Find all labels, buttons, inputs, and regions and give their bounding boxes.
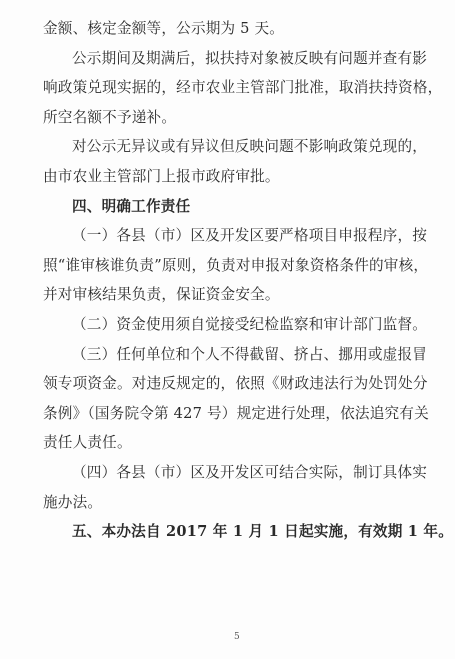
section-heading: 四、明确工作责任 — [43, 192, 429, 222]
text-line: 并对审核结果负责，保证资金安全。 — [43, 280, 429, 310]
text-line: 条例》（国务院令第 427 号）规定进行处理，依法追究有关 — [43, 399, 429, 429]
document-page: 金额、核定金额等，公示期为 5 天。 公示期间及期满后，拟扶持对象被反映有问题并… — [43, 14, 429, 547]
text-line: 公示期间及期满后，拟扶持对象被反映有问题并查有影 — [43, 44, 429, 74]
section-heading: 五、本办法自 2017 年 1 月 1 日起实施，有效期 1 年。 — [43, 517, 429, 547]
text-line: （一）各县（市）区及开发区要严格项目申报程序，按 — [43, 221, 429, 251]
text-line: 对公示无异议或有异议但反映问题不影响政策兑现的， — [43, 132, 429, 162]
text-line: （三）任何单位和个人不得截留、挤占、挪用或虚报冒 — [43, 340, 429, 370]
text-line: （四）各县（市）区及开发区可结合实际，制订具体实 — [43, 458, 429, 488]
page-number: 5 — [234, 632, 240, 642]
text-line: （二）资金使用须自觉接受纪检监察和审计部门监督。 — [43, 310, 429, 340]
text-line: 金额、核定金额等，公示期为 5 天。 — [43, 14, 429, 44]
text-line: 责任人责任。 — [43, 428, 429, 458]
text-line: 施办法。 — [43, 488, 429, 518]
text-line: 所空名额不予递补。 — [43, 103, 429, 133]
text-line: 领专项资金。对违反规定的，依照《财政违法行为处罚处分 — [43, 369, 429, 399]
text-line: 由市农业主管部门上报市政府审批。 — [43, 162, 429, 192]
text-line: 响政策兑现实据的，经市农业主管部门批准，取消扶持资格， — [43, 73, 429, 103]
text-line: 照“谁审核谁负责”原则，负责对申报对象资格条件的审核， — [43, 251, 429, 281]
